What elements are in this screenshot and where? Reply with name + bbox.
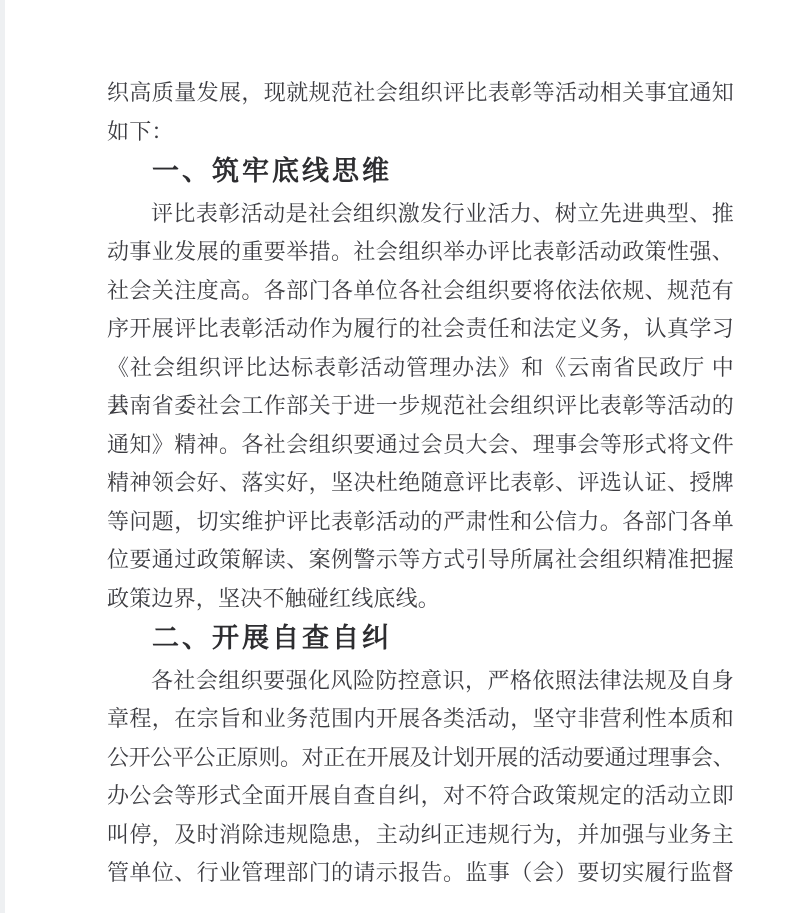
text-line: 办公会等形式全面开展自查自纠，对不符合政策规定的活动立即 (107, 777, 734, 816)
text-line: 等问题，切实维护评比表彰活动的严肃性和公信力。各部门各单 (107, 503, 734, 542)
text-line: 政策边界，坚决不触碰红线底线。 (107, 580, 734, 619)
scan-edge-left (0, 0, 5, 913)
text-line: 评比表彰活动是社会组织激发行业活力、树立先进典型、推 (107, 195, 734, 234)
text-line: 精神领会好、落实好，坚决杜绝随意评比表彰、评选认证、授牌 (107, 464, 734, 503)
text-line: 序开展评比表彰活动作为履行的社会责任和法定义务，认真学习 (107, 310, 734, 349)
text-line: 通知》精神。各社会组织要通过会员大会、理事会等形式将文件 (107, 426, 734, 465)
section-2-heading: 二、开展自查自纠 (107, 619, 734, 658)
text-line: 公开公平公正原则。对正在开展及计划开展的活动要通过理事会、 (107, 739, 734, 778)
text-line: 叫停，及时消除违规隐患，主动纠正违规行为，并加强与业务主 (107, 816, 734, 855)
text-line: 如下： (107, 113, 734, 152)
document-text-block: 织高质量发展，现就规范社会组织评比表彰等活动相关事宜通知 如下： 一、筑牢底线思… (107, 74, 734, 893)
text-line: 位要通过政策解读、案例警示等方式引导所属社会组织精准把握 (107, 541, 734, 580)
text-line: 管单位、行业管理部门的请示报告。监事（会）要切实履行监督 (107, 854, 734, 893)
text-line: 各社会组织要强化风险防控意识，严格依照法律法规及自身 (107, 662, 734, 701)
section-1-heading: 一、筑牢底线思维 (107, 152, 734, 191)
text-line: 社会关注度高。各部门各单位各社会组织要将依法依规、规范有 (107, 272, 734, 311)
text-line: 动事业发展的重要举措。社会组织举办评比表彰活动政策性强、 (107, 233, 734, 272)
scanned-document-page: 织高质量发展，现就规范社会组织评比表彰等活动相关事宜通知 如下： 一、筑牢底线思… (0, 0, 788, 913)
text-line: 云南省委社会工作部关于进一步规范社会组织评比表彰等活动的 (107, 387, 734, 426)
text-line: 《社会组织评比达标表彰活动管理办法》和《云南省民政厅 中共 (107, 349, 734, 388)
text-line: 章程，在宗旨和业务范围内开展各类活动，坚守非营利性本质和 (107, 700, 734, 739)
text-line: 织高质量发展，现就规范社会组织评比表彰等活动相关事宜通知 (107, 74, 734, 113)
